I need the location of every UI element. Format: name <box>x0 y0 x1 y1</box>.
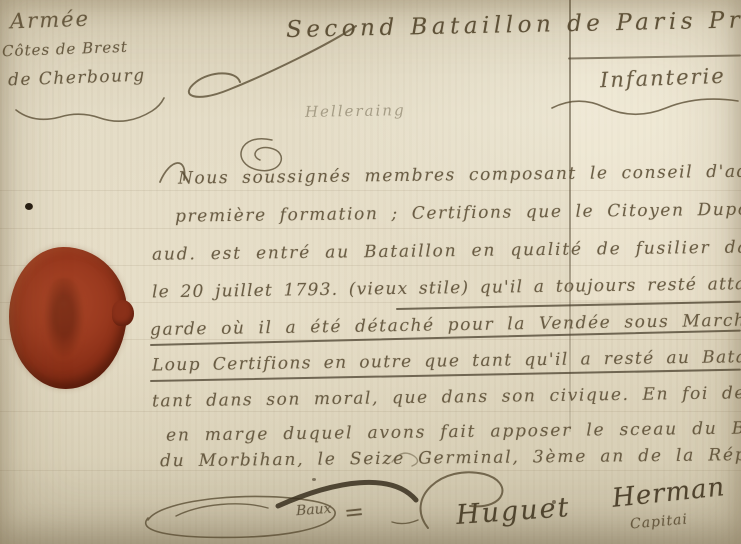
body-opening-spiral-icon <box>241 139 281 171</box>
body-line-4: le 20 juillet 1793. (vieux stile) qu'il … <box>152 274 741 303</box>
corner-city-label: de Cherbourg <box>8 66 146 91</box>
signature-huguet: Huguet <box>455 492 571 531</box>
signature-herman-rank: Capitai <box>629 512 688 533</box>
paper-hole <box>25 203 33 210</box>
manuscript-scan: Armée Côtes de Brest de Cherbourg Second… <box>0 0 741 544</box>
crease-line <box>0 265 741 266</box>
baux-inner-flourish-icon <box>176 504 268 516</box>
huguet-tail-flourish-icon <box>392 520 418 524</box>
body-line-2: première formation ; Certifions que le C… <box>175 199 741 226</box>
wax-seal-edge-blob <box>112 300 134 326</box>
signature-baux: Baux <box>295 501 332 519</box>
body-line-9: du Morbihan, le Seize Germinal, 3ème an … <box>160 445 741 472</box>
corner-brace-flourish-icon <box>16 98 164 121</box>
header-rule <box>568 54 741 59</box>
body-line-3: aud. est entré au Bataillon en qualité d… <box>152 237 741 265</box>
infanterie-underline-flourish-icon <box>552 99 738 114</box>
section-label-infanterie: Infanterie <box>600 64 726 92</box>
body-line-5: garde où il a été détaché pour la Vendée… <box>150 310 741 340</box>
body-line-8: en marge duquel avons fait apposer le sc… <box>166 418 741 445</box>
crease-line <box>0 190 741 191</box>
crease-line <box>0 411 741 412</box>
crease-line <box>0 228 741 229</box>
corner-coast-label: Côtes de Brest <box>2 38 128 60</box>
signature-separator: = <box>343 497 367 527</box>
ink-dot <box>312 478 316 481</box>
signature-herman: Herman <box>611 472 727 514</box>
corner-army-label: Armée <box>10 7 91 34</box>
body-line-1: Nous soussignés membres composant le con… <box>178 161 741 188</box>
crease-line <box>0 470 741 471</box>
header-title: Second Bataillon de Paris Pre <box>286 7 741 43</box>
body-line-7: tant dans son moral, que dans son civiqu… <box>152 382 741 411</box>
wax-seal-impression <box>42 278 86 362</box>
pencil-note: Helleraing <box>305 101 406 121</box>
